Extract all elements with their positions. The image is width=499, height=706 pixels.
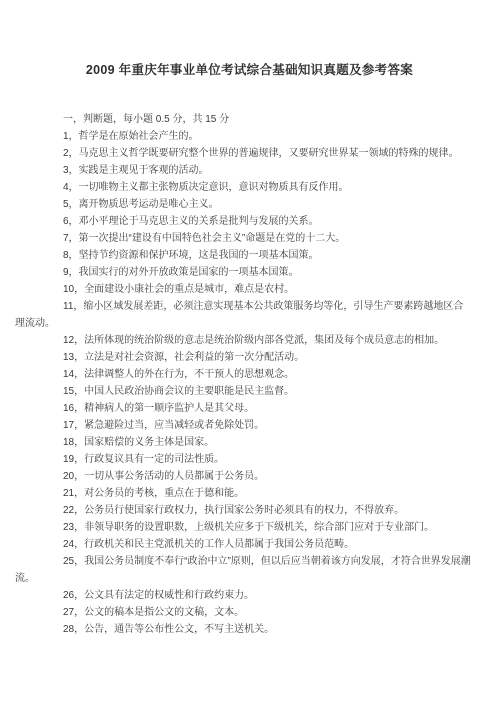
question-item: 16，精神病人的第一顺序监护人是其父母。	[15, 400, 473, 417]
question-item: 12，法所体现的统治阶级的意志是统治阶级内部各党派，集团及每个成员意志的相加。	[15, 332, 473, 349]
question-item: 20，一切从事公务活动的人员都属于公务员。	[15, 468, 473, 485]
questions-list: 1，哲学是在原始社会产生的。2，马克思主义哲学既要研究整个世界的普遍规律，又要研…	[15, 128, 473, 638]
question-item: 19，行政复议具有一定的司法性质。	[15, 451, 473, 468]
question-item: 8，坚持节约资源和保护环境，这是我国的一项基本国策。	[15, 247, 473, 264]
question-item: 3，实践是主观见于客观的活动。	[15, 162, 473, 179]
question-item: 15，中国人民政治协商会议的主要职能是民主监督。	[15, 383, 473, 400]
question-item: 14，法律调整人的外在行为，不干预人的思想观念。	[15, 366, 473, 383]
question-item: 28，公告，通告等公布性公文，不写主送机关。	[15, 621, 473, 638]
question-item: 18，国家赔偿的义务主体是国家。	[15, 434, 473, 451]
question-item: 4，一切唯物主义都主张物质决定意识，意识对物质具有反作用。	[15, 179, 473, 196]
question-item: 22，公务员行使国家行政权力，执行国家公务时必须具有的权力，不得放弃。	[15, 502, 473, 519]
question-item: 5，离开物质思考运动是唯心主义。	[15, 196, 473, 213]
question-item: 27，公文的稿本是指公文的文稿，文本。	[15, 604, 473, 621]
question-item: 23，非领导职务的设置职数，上级机关应多于下级机关，综合部门应对于专业部门。	[15, 519, 473, 536]
question-item: 6，邓小平理论于马克思主义的关系是批判与发展的关系。	[15, 213, 473, 230]
question-item: 7，第一次提出“建设有中国特色社会主义”命题是在党的十二大。	[15, 230, 473, 247]
document-page: 2009 年重庆年事业单位考试综合基础知识真题及参考答案 一，判断题，每小题 0…	[0, 0, 499, 706]
question-item: 26，公文具有法定的权威性和行政约束力。	[15, 587, 473, 604]
section-header: 一，判断题，每小题 0.5 分，共 15 分	[15, 111, 473, 128]
question-item: 24，行政机关和民主党派机关的工作人员都属于我国公务员范畴。	[15, 536, 473, 553]
document-title: 2009 年重庆年事业单位考试综合基础知识真题及参考答案	[0, 0, 499, 78]
question-item: 2，马克思主义哲学既要研究整个世界的普遍规律，又要研究世界某一领域的特殊的规律。	[15, 145, 473, 162]
question-item: 13，立法是对社会资源，社会利益的第一次分配活动。	[15, 349, 473, 366]
question-item: 9，我国实行的对外开放政策是国家的一项基本国策。	[15, 264, 473, 281]
question-item: 1，哲学是在原始社会产生的。	[15, 128, 473, 145]
question-item: 21，对公务员的考核，重点在于德和能。	[15, 485, 473, 502]
question-item: 10，全面建设小康社会的重点是城市，难点是农村。	[15, 281, 473, 298]
question-item: 17，紧急避险过当，应当减轻或者免除处罚。	[15, 417, 473, 434]
question-item: 25，我国公务员制度不奉行“政治中立”原则，但以后应当朝着该方向发展，才符合世界…	[15, 553, 473, 587]
question-item: 11，缩小区域发展差距，必须注意实现基本公共政策服务均等化，引导生产要素跨越地区…	[15, 298, 473, 332]
document-body: 一，判断题，每小题 0.5 分，共 15 分 1，哲学是在原始社会产生的。2，马…	[0, 111, 499, 638]
